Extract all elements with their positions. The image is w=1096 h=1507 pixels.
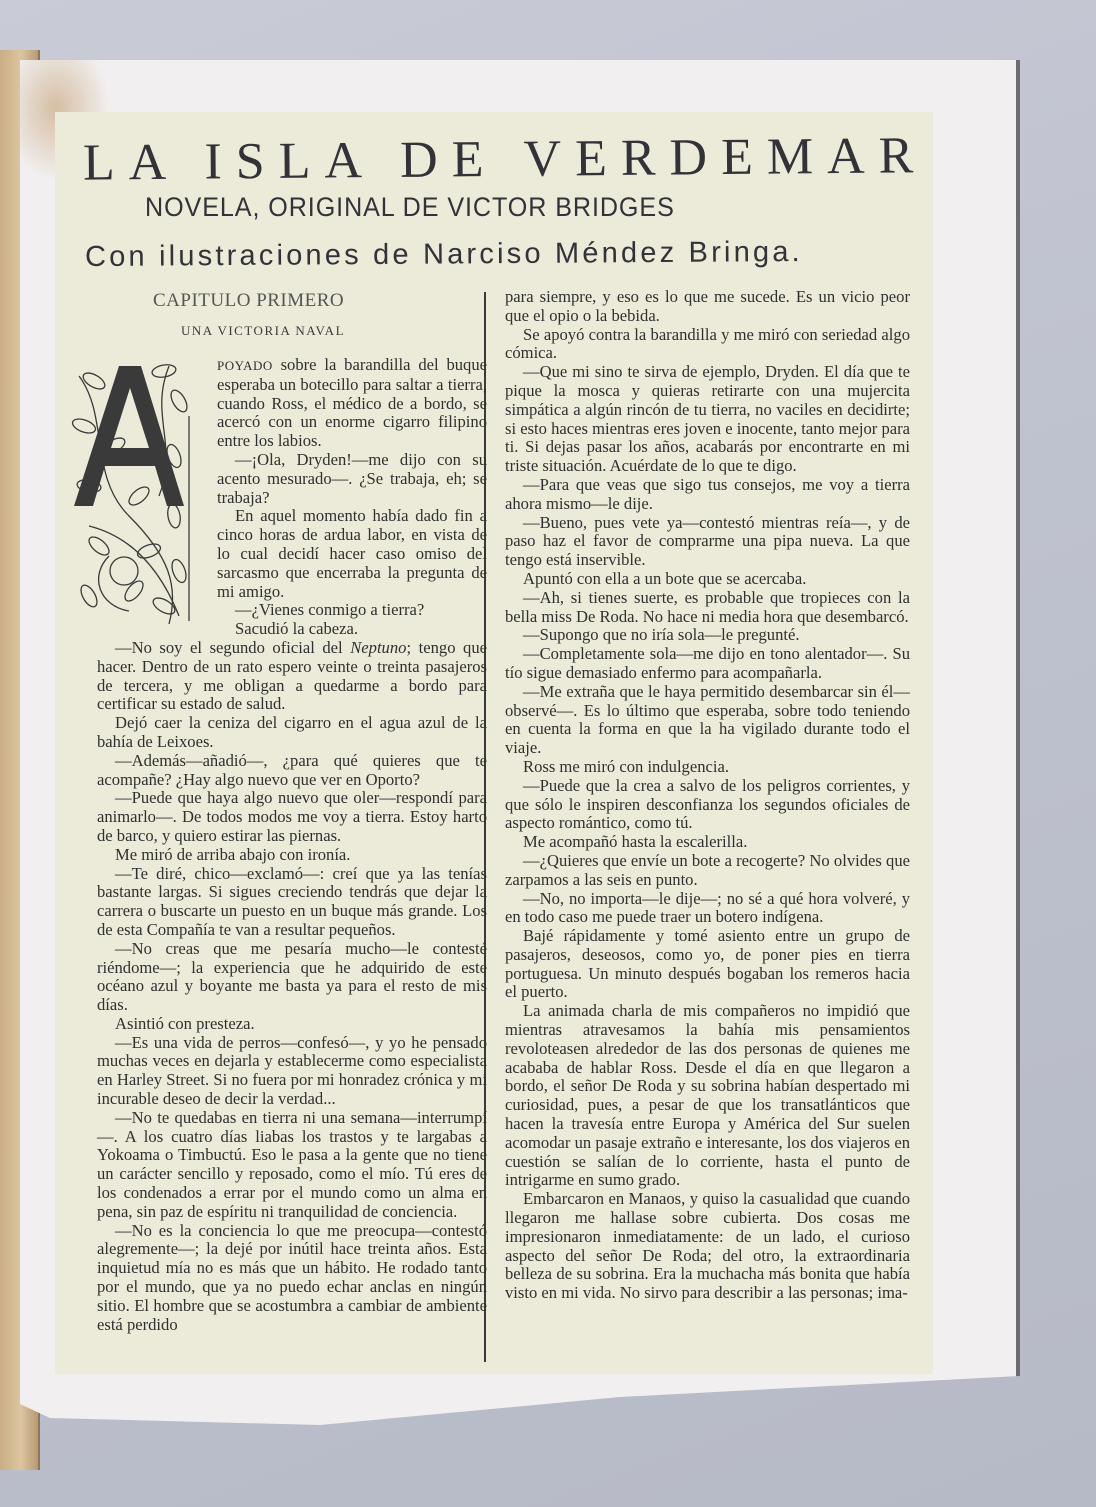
paragraph: —Te diré, chico—exclamó—: creí que ya la… xyxy=(97,865,487,940)
paragraph: —Es una vida de perros—confesó—, y yo he… xyxy=(97,1034,487,1109)
paragraph: Sacudió la cabeza. xyxy=(217,620,487,639)
paragraph: POYADO sobre la barandilla del buque esp… xyxy=(217,356,487,451)
left-column: CAPITULO PRIMERO UNA VICTORIA NAVAL xyxy=(97,288,487,1334)
paragraph: —Ah, si tienes suerte, es probable que t… xyxy=(505,589,910,627)
dropcap-paragraphs: POYADO sobre la barandilla del buque esp… xyxy=(217,356,487,639)
paragraph: La animada charla de mis compañeros no i… xyxy=(505,1002,910,1190)
paragraph: —Supongo que no iría sola—le pregunté. xyxy=(505,626,910,645)
paragraph: —No te quedabas en tierra ni una semana—… xyxy=(97,1109,487,1222)
paragraph: En aquel momento había dado fin a cinco … xyxy=(217,507,487,601)
paragraph: —No, no importa—le dije—; no sé a qué ho… xyxy=(505,890,910,928)
paragraph: —Bueno, pues vete ya—contestó mientras r… xyxy=(505,514,910,570)
paragraph: Se apoyó contra la barandilla y me miró … xyxy=(505,326,910,364)
paragraph: —Completamente sola—me dijo en tono alen… xyxy=(505,645,910,683)
paragraph: Me acompañó hasta la escalerilla. xyxy=(505,833,910,852)
paragraph: Ross me miró con indulgencia. xyxy=(505,758,910,777)
chapter-subtitle: UNA VICTORIA NAVAL xyxy=(181,322,487,356)
paragraph: —Me extraña que le haya permitido desemb… xyxy=(505,683,910,758)
paragraph: —Puede que la crea a salvo de los peligr… xyxy=(505,777,910,833)
paragraph: —Además—añadió—, ¿para qué quieres que t… xyxy=(97,752,487,790)
paragraph: para siempre, y eso es lo que me sucede.… xyxy=(505,288,910,326)
paragraph: Dejó caer la ceniza del cigarro en el ag… xyxy=(97,714,487,752)
paragraph: —No es la conciencia lo que me preocupa—… xyxy=(97,1222,487,1335)
article-title: LA ISLA DE VERDEMAR xyxy=(83,126,913,192)
paragraph: —Puede que haya algo nuevo que oler—resp… xyxy=(97,789,487,845)
right-column: para siempre, y eso es lo que me sucede.… xyxy=(505,288,910,1303)
article-subtitle: NOVELA, ORIGINAL DE VICTOR BRIDGES xyxy=(145,192,796,223)
floral-initial-A-icon xyxy=(69,356,199,626)
chapter-heading: CAPITULO PRIMERO xyxy=(153,292,487,322)
printed-article: LA ISLA DE VERDEMAR NOVELA, ORIGINAL DE … xyxy=(55,112,933,1374)
paragraph: Embarcaron en Manaos, y quiso la casuali… xyxy=(505,1190,910,1303)
paragraph: —¿Vienes conmigo a tierra? xyxy=(217,601,487,620)
paragraph: Asintió con presteza. xyxy=(97,1015,487,1034)
paragraph: Bajé rápidamente y tomé asiento entre un… xyxy=(505,927,910,1002)
paragraph: —¡Ola, Dryden!—me dijo con su acento mes… xyxy=(217,451,487,507)
paragraph: Apuntó con ella a un bote que se acercab… xyxy=(505,570,910,589)
illustration-credits: Con ilustraciones de Narciso Méndez Brin… xyxy=(85,235,945,274)
paragraph: —No soy el segundo oficial del Neptuno; … xyxy=(97,639,487,714)
paragraph: —¿Quieres que envíe un bote a recogerte?… xyxy=(505,852,910,890)
paragraph: —Que mi sino te sirva de ejemplo, Dryden… xyxy=(505,363,910,476)
paragraph: Me miró de arriba abajo con ironía. xyxy=(97,846,487,865)
paragraph: —No creas que me pesaría mucho—le contes… xyxy=(97,940,487,1015)
paragraph: —Para que veas que sigo tus consejos, me… xyxy=(505,476,910,514)
